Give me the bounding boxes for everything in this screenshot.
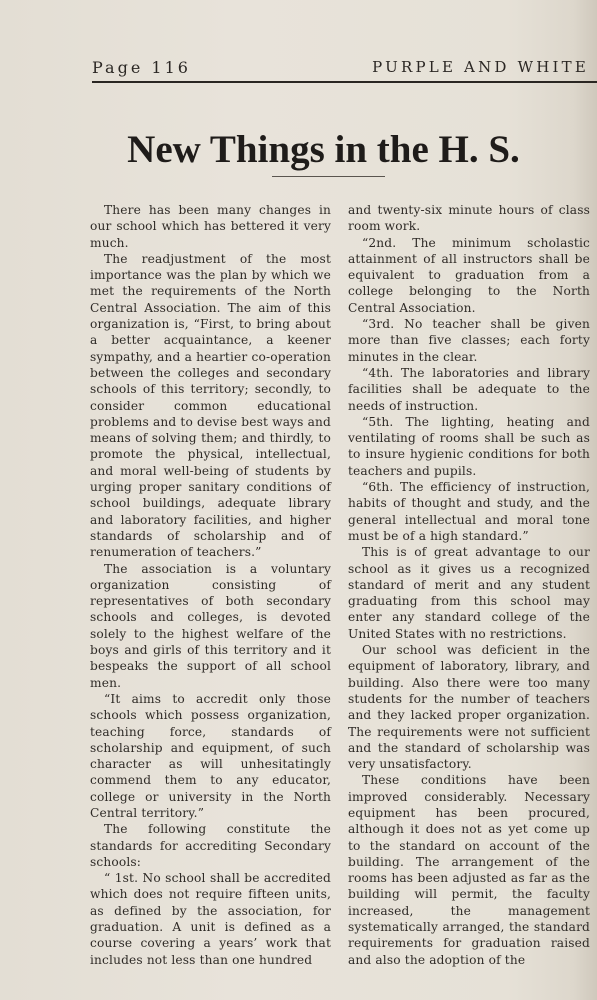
page-number: Page 116 — [92, 58, 191, 77]
paragraph: This is of great advantage to our school… — [348, 544, 590, 642]
title-divider — [272, 176, 385, 177]
paragraph: These conditions have been improved cons… — [348, 772, 590, 968]
publication-title: PURPLE AND WHITE — [372, 58, 589, 76]
running-header: Page 116 PURPLE AND WHITE — [92, 58, 597, 82]
paragraph: “ 1st. No school shall be accredited whi… — [90, 870, 331, 968]
paragraph: There has been many changes in our schoo… — [90, 202, 331, 251]
left-column: There has been many changes in our schoo… — [90, 202, 331, 968]
paragraph: “6th. The efficiency of instruction, hab… — [348, 479, 590, 544]
paragraph: “2nd. The minimum scholastic attainment … — [348, 235, 590, 316]
paragraph: “5th. The lighting, heating and ventilat… — [348, 414, 590, 479]
paragraph: “It aims to accredit only those schools … — [90, 691, 331, 821]
right-column: and twenty-six minute hours of class roo… — [348, 202, 590, 968]
paragraph: “3rd. No teacher shall be given more tha… — [348, 316, 590, 365]
header-rule — [92, 81, 597, 83]
article-title: New Things in the H. S. — [0, 127, 597, 172]
paragraph: The following constitute the standards f… — [90, 821, 331, 870]
paragraph: The readjustment of the most importance … — [90, 251, 331, 561]
paragraph-continued: and twenty-six minute hours of class roo… — [348, 202, 590, 235]
paragraph: The association is a voluntary organizat… — [90, 561, 331, 691]
scanned-page: Page 116 PURPLE AND WHITE New Things in … — [0, 0, 597, 1000]
paragraph: Our school was deficient in the equipmen… — [348, 642, 590, 772]
paragraph: “4th. The laboratories and library facil… — [348, 365, 590, 414]
